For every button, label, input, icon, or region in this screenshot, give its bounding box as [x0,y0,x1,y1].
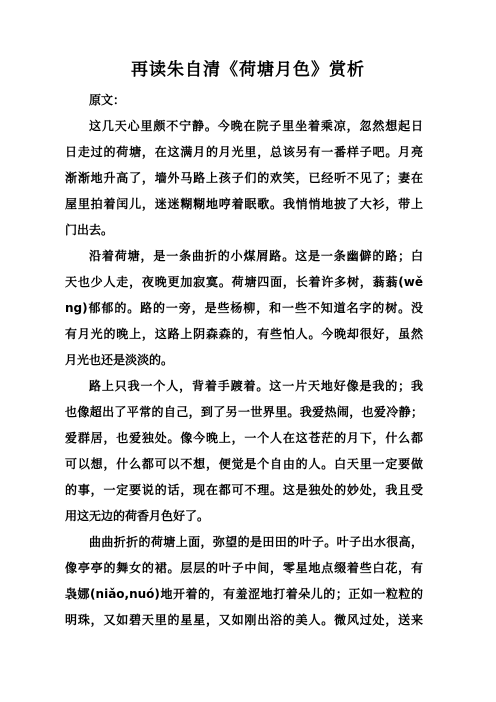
text-line: 袅娜(niǎo,nuó)地开着的，有羞涩地打着朵儿的；正如一粒粒的 [65,581,423,607]
text-line: 有月光的晚上，这路上阴森森的，有些怕人。今晚却很好，虽然 [65,321,423,347]
text-line: 渐渐地升高了，墙外马路上孩子们的欢笑，已经听不见了；妻在 [65,165,423,191]
paragraph: 曲曲折折的荷塘上面，弥望的是田田的叶子。叶子出水很高，像亭亭的舞女的裙。层层的叶… [65,529,423,633]
paragraph: 这几天心里颇不宁静。今晚在院子里坐着乘凉，忽然想起日日走过的荷塘，在这满月的月光… [65,113,423,243]
text-line: 月光也还是淡淡的。 [65,347,423,373]
text-line: 沿着荷塘，是一条曲折的小煤屑路。这是一条幽僻的路；白 [65,243,423,269]
page-title: 再读朱自清《荷塘月色》赏析 [0,0,496,84]
paragraph: 沿着荷塘，是一条曲折的小煤屑路。这是一条幽僻的路；白天也少人走，夜晚更加寂寞。荷… [65,243,423,373]
text-line: 门出去。 [65,217,423,243]
source-label-paragraph: 原文： [65,87,423,113]
text-line: 爱群居，也爱独处。像今晚上，一个人在这苍茫的月下，什么都 [65,425,423,451]
text-line: 用这无边的荷香月色好了。 [65,503,423,529]
text-line: 这几天心里颇不宁静。今晚在院子里坐着乘凉，忽然想起日 [65,113,423,139]
text-line: 原文： [65,87,423,113]
text-line: 路上只我一个人，背着手踱着。这一片天地好像是我的；我 [65,373,423,399]
paragraph: 路上只我一个人，背着手踱着。这一片天地好像是我的；我也像超出了平常的自己，到了另… [65,373,423,529]
text-line: 屋里拍着闰儿，迷迷糊糊地哼着眠歌。我悄悄地披了大衫，带上 [65,191,423,217]
text-line: 天也少人走，夜晚更加寂寞。荷塘四面，长着许多树，蓊蓊(wě [65,269,423,295]
text-line: 可以想，什么都可以不想，便觉是个自由的人。白天里一定要做 [65,451,423,477]
document-page: 再读朱自清《荷塘月色》赏析 原文：这几天心里颇不宁静。今晚在院子里坐着乘凉，忽然… [0,0,496,702]
text-line: ng)郁郁的。路的一旁，是些杨柳，和一些不知道名字的树。没 [65,295,423,321]
document-body: 原文：这几天心里颇不宁静。今晚在院子里坐着乘凉，忽然想起日日走过的荷塘，在这满月… [65,87,423,633]
text-line: 曲曲折折的荷塘上面，弥望的是田田的叶子。叶子出水很高， [65,529,423,555]
text-line: 也像超出了平常的自己，到了另一世界里。我爱热闹，也爱冷静； [65,399,423,425]
text-line: 像亭亭的舞女的裙。层层的叶子中间，零星地点缀着些白花，有 [65,555,423,581]
text-line: 日走过的荷塘，在这满月的月光里，总该另有一番样子吧。月亮 [65,139,423,165]
text-line: 明珠，又如碧天里的星星，又如刚出浴的美人。微风过处，送来 [65,607,423,633]
text-line: 的事，一定要说的话，现在都可不理。这是独处的妙处，我且受 [65,477,423,503]
